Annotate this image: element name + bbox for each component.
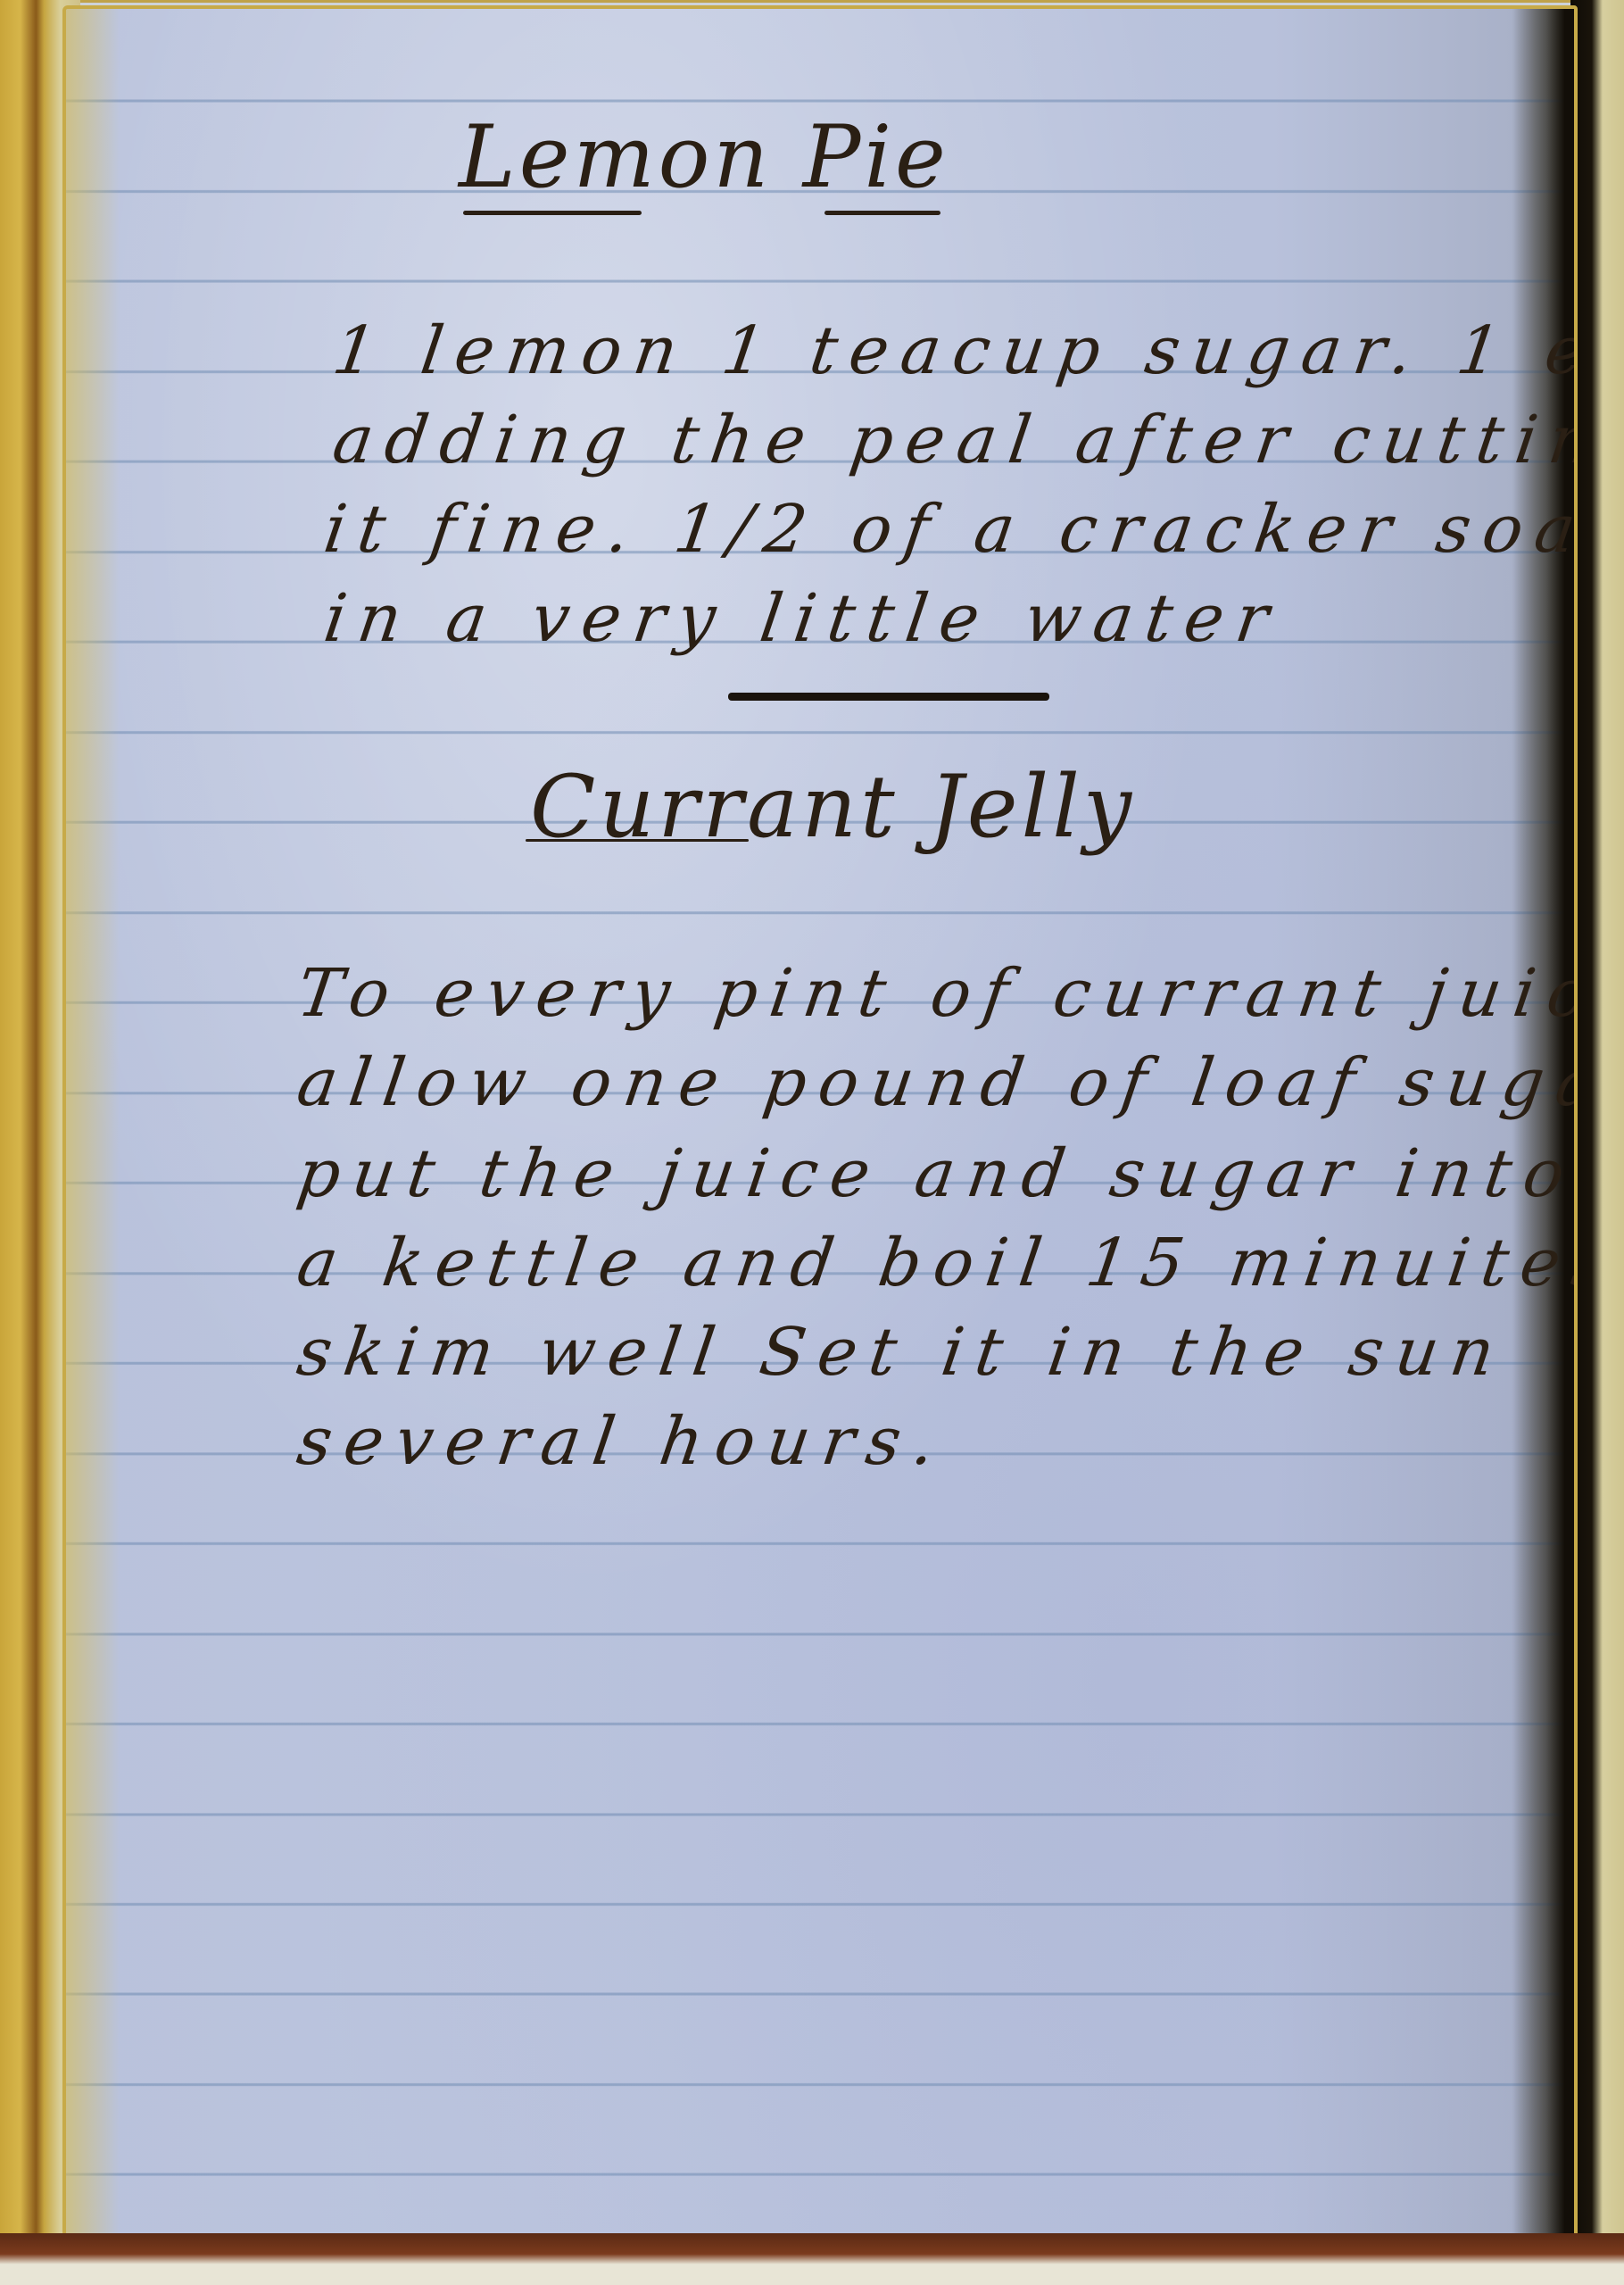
- title-underline: [526, 839, 749, 842]
- notebook-page: Lemon Pie 1 lemon 1 teacup sugar. 1 egg …: [62, 5, 1578, 2251]
- recipe-line: a kettle and boil 15 minuites: [293, 1225, 1578, 1301]
- recipe-line: adding the peal after cutting: [328, 402, 1578, 478]
- recipe-line: several hours.: [293, 1403, 952, 1480]
- recipe-line: put the juice and sugar into: [293, 1135, 1578, 1212]
- scanned-notebook-page: Lemon Pie 1 lemon 1 teacup sugar. 1 egg …: [0, 0, 1624, 2285]
- recipe-line: allow one pound of loaf sugar: [293, 1044, 1578, 1121]
- recipe-title-lemon-pie: Lemon Pie: [459, 107, 949, 207]
- title-underline: [824, 211, 940, 215]
- title-underline: [463, 211, 642, 215]
- right-page-edge: [1570, 0, 1624, 2249]
- recipe-line: 1 lemon 1 teacup sugar. 1 egg: [328, 312, 1578, 389]
- recipe-line: skim well Set it in the sun: [293, 1314, 1512, 1391]
- recipe-title-currant-jelly: Currant Jelly: [530, 757, 1135, 857]
- recipe-line: To every pint of currant juice: [293, 955, 1578, 1032]
- recipe-line: in a very little water: [319, 580, 1286, 657]
- recipe-divider: [728, 693, 1049, 701]
- book-cover-edge: [0, 2233, 1624, 2285]
- age-stain: [66, 9, 120, 2248]
- recipe-line: it fine. 1/2 of a cracker soaked: [319, 491, 1578, 568]
